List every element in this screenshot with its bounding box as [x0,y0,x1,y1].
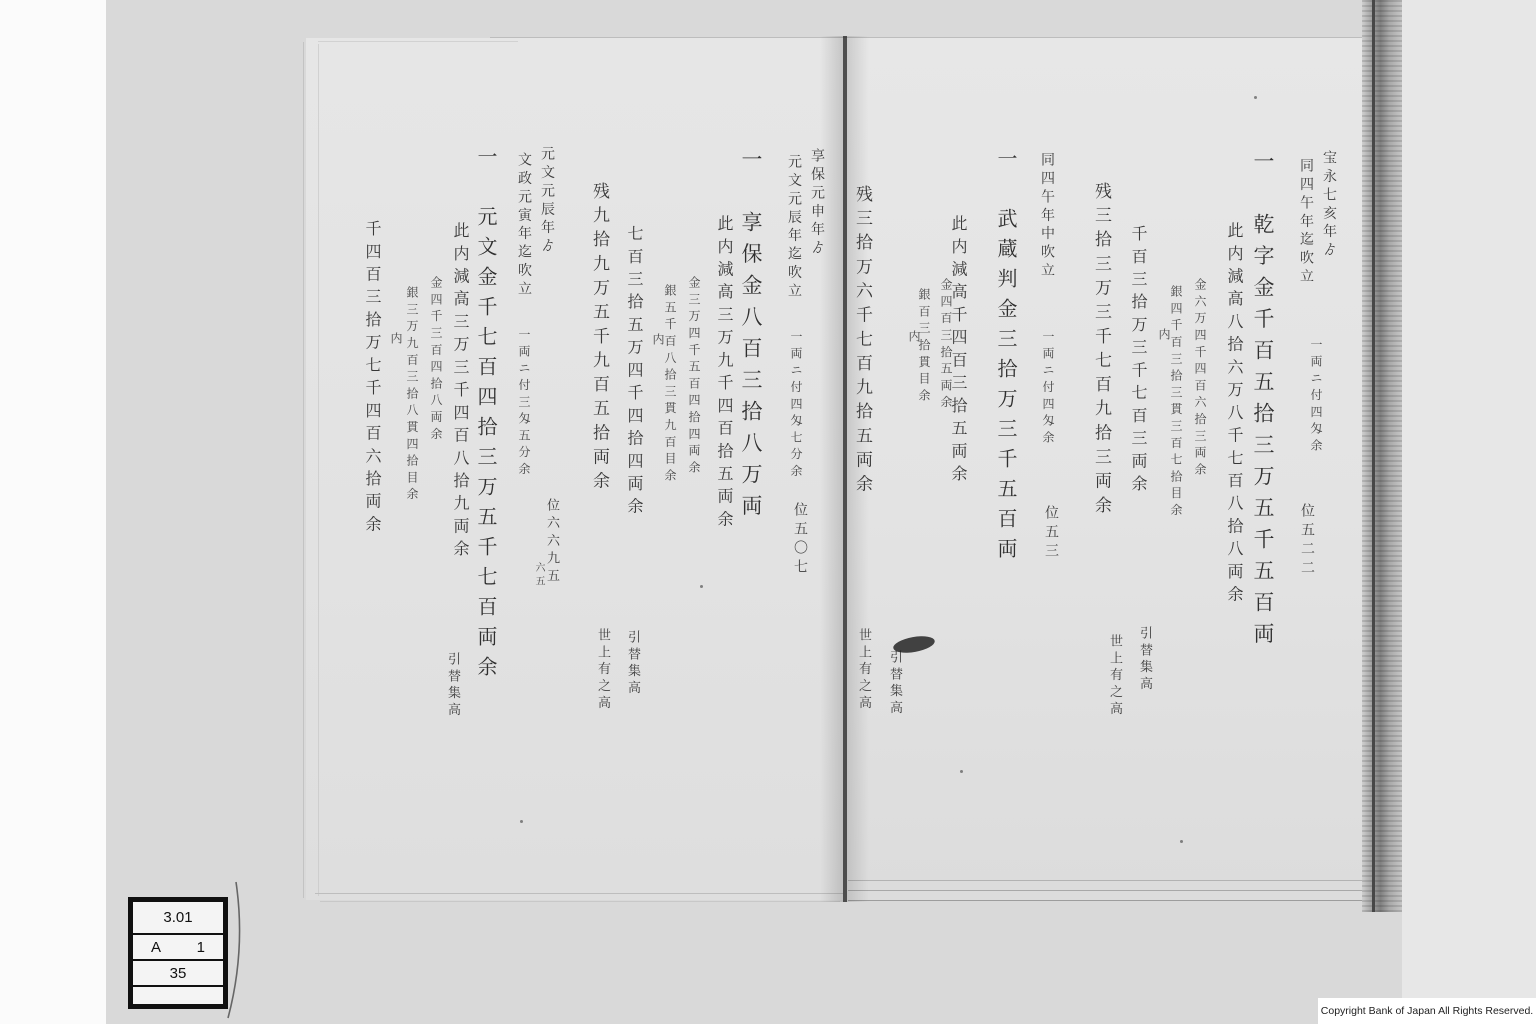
manuscript-column-header: 元文元辰年迄吹立 [787,154,801,302]
manuscript-column-main: 一 武蔵判金三拾万三千五百両 [996,148,1016,568]
archive-label-row [133,987,223,1002]
manuscript-scan: 宝永七亥年ゟ同四午年迄吹立一 乾字金千百五拾三万五千五百両一両ニ付四匁余位五二二… [0,0,1536,1024]
manuscript-column-sub: 残三拾三万三千七百九拾三両余 [1092,182,1109,520]
bottom-page-edges [320,901,840,902]
manuscript-column-grade: 位六六九五 [545,498,558,586]
left-page-edge [303,42,304,898]
manuscript-column-note: 内 [390,332,402,349]
archive-label-row: 3.01 [133,902,223,935]
archive-label-row: 35 [133,961,223,987]
manuscript-column-sub: 此内減高三万九千四百拾五両余 [716,215,732,533]
manuscript-column-mark: 引替集高 [626,630,639,698]
copyright-strip: Copyright Bank of Japan All Rights Reser… [1318,998,1536,1024]
manuscript-column-note: 銀五千百八拾三貫九百目余 [664,284,676,486]
manuscript-column-mark: 引替集高 [888,650,901,718]
manuscript-column-note: 金四千三百四拾八両余 [430,276,442,444]
manuscript-column-mark: 世上有之高 [1108,634,1121,719]
archive-item-number: 35 [170,965,187,982]
manuscript-column-grade: 位五二二 [1300,503,1314,579]
archive-label-row: A 1 [133,935,223,961]
manuscript-column-note: 一両ニ付四匁七分余 [790,330,802,481]
ink-speck [1180,840,1183,843]
book-edge-band [1362,0,1402,912]
manuscript-column-note: 銀百三拾貫目余 [918,288,930,406]
page-top-edge [318,41,518,42]
manuscript-column-note: 金三万四千五百四拾四両余 [688,276,700,478]
book-gutter-fold [843,36,847,902]
bottom-page-edges [848,890,1364,891]
manuscript-column-note: 銀三万九百三拾八貫四拾目余 [406,286,418,504]
ink-speck [960,770,963,773]
manuscript-column-header: 同四午年迄吹立 [1299,158,1313,287]
manuscript-column-header: 宝永七亥年ゟ [1322,150,1336,261]
manuscript-column-mark: 引替集高 [1138,626,1151,694]
manuscript-column-sub: 千百三拾万三千七百三両余 [1130,225,1146,498]
manuscript-column-note: 一両ニ付四匁余 [1042,330,1054,448]
manuscript-column-main: 一 元文金千七百四拾三万五千七百両余 [476,146,496,686]
left-page [306,38,845,900]
manuscript-column-header: 文政元寅年迄吹立 [517,152,531,300]
archive-series: A [151,939,161,956]
manuscript-column-note: 一両ニ付四匁余 [1310,338,1322,456]
manuscript-column-header: 同四午年中吹立 [1040,152,1054,281]
scan-background-right [1402,0,1536,1024]
manuscript-column-grade: 位五〇七 [793,502,807,578]
archive-number: 1 [197,939,205,956]
page-curl-line [222,880,246,1020]
copyright-text: Copyright Bank of Japan All Rights Reser… [1321,1005,1533,1017]
page-top-edge [490,37,1368,38]
bottom-page-edges [848,900,1362,901]
manuscript-column-sub: 此内減高三万三千四百八拾九両余 [452,222,468,563]
archive-code: 3.01 [163,909,192,926]
manuscript-column-grade: 六五 [533,562,543,589]
ink-speck [1254,96,1257,99]
manuscript-column-header: 元文元辰年ゟ [540,146,554,257]
manuscript-column-mark: 引替集高 [446,652,459,720]
manuscript-column-note: 金四百三拾五両余 [940,278,952,412]
manuscript-column-grade: 位五三 [1044,505,1058,562]
bottom-page-edges [315,893,843,894]
manuscript-column-main: 一 享保金八百三拾八万両 [740,148,761,526]
manuscript-column-main: 一 乾字金千百五拾三万五千五百両 [1252,150,1273,654]
manuscript-column-sub: 此内減高八拾六万八千七百八拾八両余 [1226,222,1242,608]
manuscript-column-sub: 千四百三拾万七千四百六拾両余 [364,220,380,538]
manuscript-column-note: 金六万四千四百六拾三両余 [1194,278,1206,480]
manuscript-column-note: 銀四千百三拾三貫三百七拾目余 [1170,285,1182,520]
manuscript-column-mark: 世上有之高 [857,628,870,713]
left-page-edge [318,44,319,896]
archive-label-box: 3.01 A 1 35 [128,897,228,1009]
manuscript-column-sub: 七百三拾五万四千四拾四両余 [626,225,642,520]
manuscript-column-header: 享保元申年ゟ [810,148,824,259]
manuscript-column-sub: 残九拾九万五千九百五拾両余 [590,182,607,496]
scanner-bed-strip [0,0,106,1024]
ink-speck [700,585,703,588]
manuscript-column-sub: 残三拾万六千七百九拾五両余 [853,185,870,499]
manuscript-column-mark: 世上有之高 [596,628,609,713]
ink-speck [520,820,523,823]
manuscript-column-note: 一両ニ付三匁五分余 [518,328,530,479]
bottom-page-edges [848,880,1366,881]
